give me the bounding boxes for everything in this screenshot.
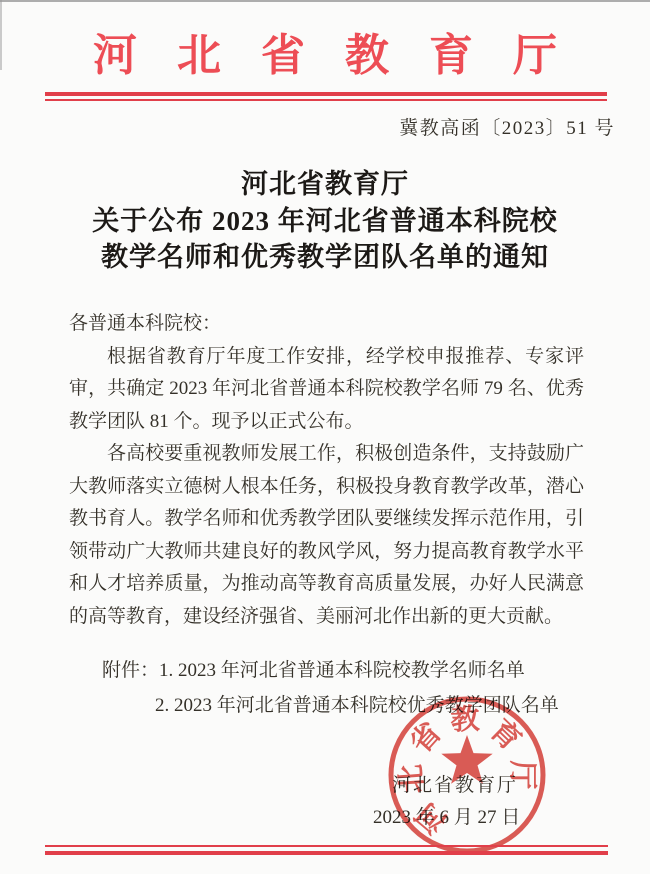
letterhead-separator-rule bbox=[45, 92, 607, 101]
scanned-official-document: 河北省教育厅 冀教高函〔2023〕51 号 河北省教育厅 关于公布 2023 年… bbox=[0, 0, 650, 874]
document-title-line3: 教学名师和优秀教学团队名单的通知 bbox=[0, 239, 650, 276]
document-title: 河北省教育厅 关于公布 2023 年河北省普通本科院校 教学名师和优秀教学团队名… bbox=[0, 166, 650, 276]
letterhead-agency-name: 河北省教育厅 bbox=[0, 30, 650, 82]
document-title-line2: 关于公布 2023 年河北省普通本科院校 bbox=[0, 203, 650, 240]
signature-agency: 河北省教育厅 bbox=[392, 770, 518, 797]
body-paragraph-1: 根据省教育厅年度工作安排，经学校申报推荐、专家评审，共确定 2023 年河北省普… bbox=[69, 341, 584, 439]
attachments-list: 附件：1. 2023 年河北省普通本科院校教学名师名单 2. 2023 年河北省… bbox=[69, 653, 584, 723]
attachment-item-1: 附件：1. 2023 年河北省普通本科院校教学名师名单 bbox=[69, 653, 584, 688]
salutation: 各普通本科院校： bbox=[69, 308, 584, 341]
footer-separator-rule bbox=[45, 845, 608, 855]
attachments-label: 附件： bbox=[102, 660, 159, 681]
attachment-item-1-text: 1. 2023 年河北省普通本科院校教学名师名单 bbox=[159, 660, 525, 681]
document-title-line1: 河北省教育厅 bbox=[0, 166, 650, 203]
signature-date: 2023 年 6 月 27 日 bbox=[373, 802, 520, 829]
document-number: 冀教高函〔2023〕51 号 bbox=[399, 113, 615, 140]
document-body: 各普通本科院校： 根据省教育厅年度工作安排，经学校申报推荐、专家评审，共确定 2… bbox=[69, 308, 584, 723]
body-paragraph-2: 各高校要重视教师发展工作，积极创造条件，支持鼓励广大教师落实立德树人根本任务，积… bbox=[69, 438, 584, 633]
attachment-item-2: 2. 2023 年河北省普通本科院校优秀教学团队名单 bbox=[69, 688, 584, 723]
scan-edge-top bbox=[0, 0, 650, 2]
